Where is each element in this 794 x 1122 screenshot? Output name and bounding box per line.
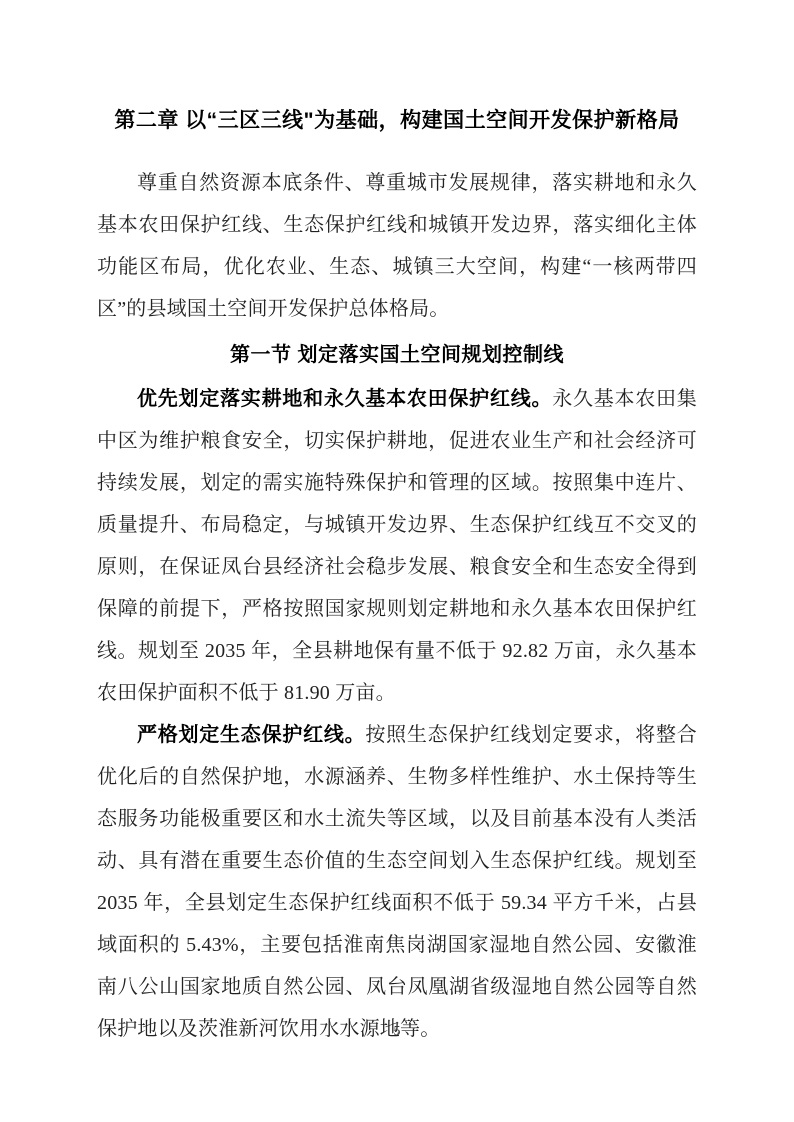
section-title: 第一节 划定落实国土空间规划控制线	[97, 334, 697, 376]
paragraph-farmland-redline: 优先划定落实耕地和永久基本农田保护红线。永久基本农田集中区为维护粮食安全，切实保…	[97, 378, 697, 714]
page-number: 5	[0, 1024, 794, 1040]
paragraph-ecological-redline-body: 按照生态保护红线划定要求，将整合优化后的自然保护地，水源涵养、生物多样性维护、水…	[97, 724, 697, 1040]
paragraph-ecological-redline-lead: 严格划定生态保护红线。	[137, 724, 365, 746]
chapter-title: 第二章 以“三区三线"为基础，构建国土空间开发保护新格局	[97, 104, 697, 138]
intro-paragraph: 尊重自然资源本底条件、尊重城市发展规律，落实耕地和永久基本农田保护红线、生态保护…	[97, 162, 697, 330]
paragraph-farmland-redline-lead: 优先划定落实耕地和永久基本农田保护红线。	[137, 388, 552, 410]
paragraph-ecological-redline: 严格划定生态保护红线。按照生态保护红线划定要求，将整合优化后的自然保护地，水源涵…	[97, 714, 697, 1050]
document-page: 第二章 以“三区三线"为基础，构建国土空间开发保护新格局 尊重自然资源本底条件、…	[0, 0, 794, 1122]
paragraph-farmland-redline-body: 永久基本农田集中区为维护粮食安全，切实保护耕地，促进农业生产和社会经济可持续发展…	[97, 388, 697, 704]
